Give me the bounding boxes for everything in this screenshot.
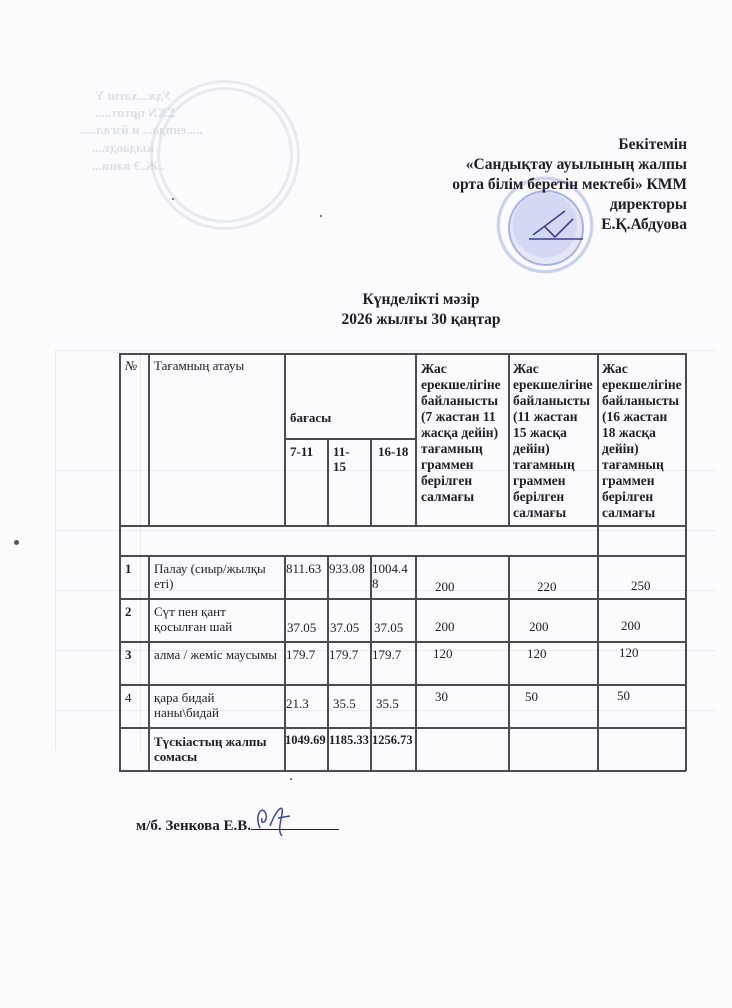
row-price-7-11: 811.63 — [285, 558, 328, 579]
bleed-through-text: .....енпда... н йзгал..... — [80, 122, 203, 138]
row-no: 4 — [121, 687, 148, 708]
approval-line: «Сандықтау ауылының жалпы — [452, 155, 687, 175]
menu-table: № Тағамның атауы бағасы 7-11 11-15 16-18… — [119, 353, 686, 771]
scan-speck — [172, 198, 174, 200]
row-price-7-11: 21.3 — [285, 693, 328, 714]
bleed-through-text: кыдаодт.... — [92, 140, 154, 156]
total-label: Түскіастың жалпы сомасы — [150, 731, 284, 767]
header-price-7-11: 7-11 — [286, 441, 327, 462]
total-price-16-18: 1256.73 — [372, 730, 415, 751]
header-grams-11-15: Жас ерекшелігіне байланысты (11 жастан 1… — [510, 355, 597, 521]
row-price-7-11: 179.7 — [285, 644, 328, 665]
header-grams-7-11: Жас ерекшелігіне байланысты (7 жастан 11… — [418, 355, 508, 505]
row-price-11-15: 179.7 — [328, 644, 371, 665]
row-price-11-15: 933.08 — [328, 558, 371, 579]
row-grams-7-11: 200 — [431, 576, 501, 597]
row-grams-11-15: 50 — [521, 686, 581, 707]
row-no: 1 — [121, 558, 148, 579]
signer-signature — [252, 800, 302, 838]
total-price-11-15: 1185.33 — [329, 730, 372, 751]
footer-signature: м/б. Зенкова Е.В. — [136, 815, 339, 835]
row-grams-11-15: 220 — [533, 576, 593, 597]
row-no: 2 — [121, 601, 148, 622]
row-price-16-18: 1004.48 — [371, 558, 411, 594]
row-price-16-18: 179.7 — [371, 644, 414, 665]
row-price-7-11: 37.05 — [286, 617, 329, 638]
row-name: Палау (сиыр/жылқы еті) — [150, 558, 284, 594]
bleed-through-text: ΣXN ηρτατ..... — [95, 105, 175, 121]
bleed-through-text: Удж...хатш Y — [95, 88, 172, 104]
row-name: Сүт пен қант қосылған шай — [150, 601, 284, 637]
scan-speck — [290, 778, 292, 780]
approval-line: Бекітемін — [452, 135, 687, 155]
scan-speck — [320, 215, 322, 217]
row-grams-16-18: 250 — [627, 575, 687, 596]
document-page: Удж...хатш Y ΣXN ηρτατ..... .....енпда..… — [0, 0, 732, 1008]
row-grams-16-18: 200 — [617, 615, 677, 636]
row-grams-7-11: 120 — [429, 643, 499, 664]
row-grams-11-15: 200 — [525, 616, 585, 637]
header-no: № — [121, 355, 148, 376]
row-grams-11-15: 120 — [523, 643, 583, 664]
row-grams-7-11: 200 — [431, 616, 501, 637]
row-price-11-15: 35.5 — [332, 693, 375, 714]
signer-name: м/б. Зенкова Е.В. — [136, 818, 251, 834]
header-price-16-18: 16-18 — [374, 441, 415, 462]
bleed-through-stamp — [150, 80, 300, 230]
header-price: бағасы — [286, 407, 415, 428]
menu-date: 2026 жылғы 30 қаңтар — [0, 310, 732, 330]
row-price-16-18: 35.5 — [375, 693, 418, 714]
document-title: Күнделікті мәзір 2026 жылғы 30 қаңтар — [0, 290, 732, 330]
header-name: Тағамның атауы — [150, 355, 284, 376]
row-name: алма / жеміс маусымы — [150, 644, 284, 665]
row-grams-16-18: 50 — [613, 685, 673, 706]
row-no: 3 — [121, 644, 148, 665]
row-grams-16-18: 120 — [615, 642, 675, 663]
total-price-7-11: 1049.69 — [285, 730, 328, 751]
row-price-11-15: 37.05 — [329, 617, 372, 638]
scan-speck — [14, 540, 19, 545]
director-signature — [525, 205, 585, 245]
row-name: қара бидай наны\бидай — [150, 687, 284, 723]
header-price-11-15: 11-15 — [329, 441, 359, 477]
row-grams-7-11: 30 — [431, 686, 501, 707]
bleed-through-text: ..Ж.Э вани... — [92, 158, 165, 174]
approval-line: орта білім беретін мектебі» КММ — [452, 175, 687, 195]
row-price-16-18: 37.05 — [373, 617, 416, 638]
header-grams-16-18: Жас ерекшелігіне байланысты (16 жастан 1… — [599, 355, 685, 521]
page-title: Күнделікті мәзір — [0, 290, 732, 310]
